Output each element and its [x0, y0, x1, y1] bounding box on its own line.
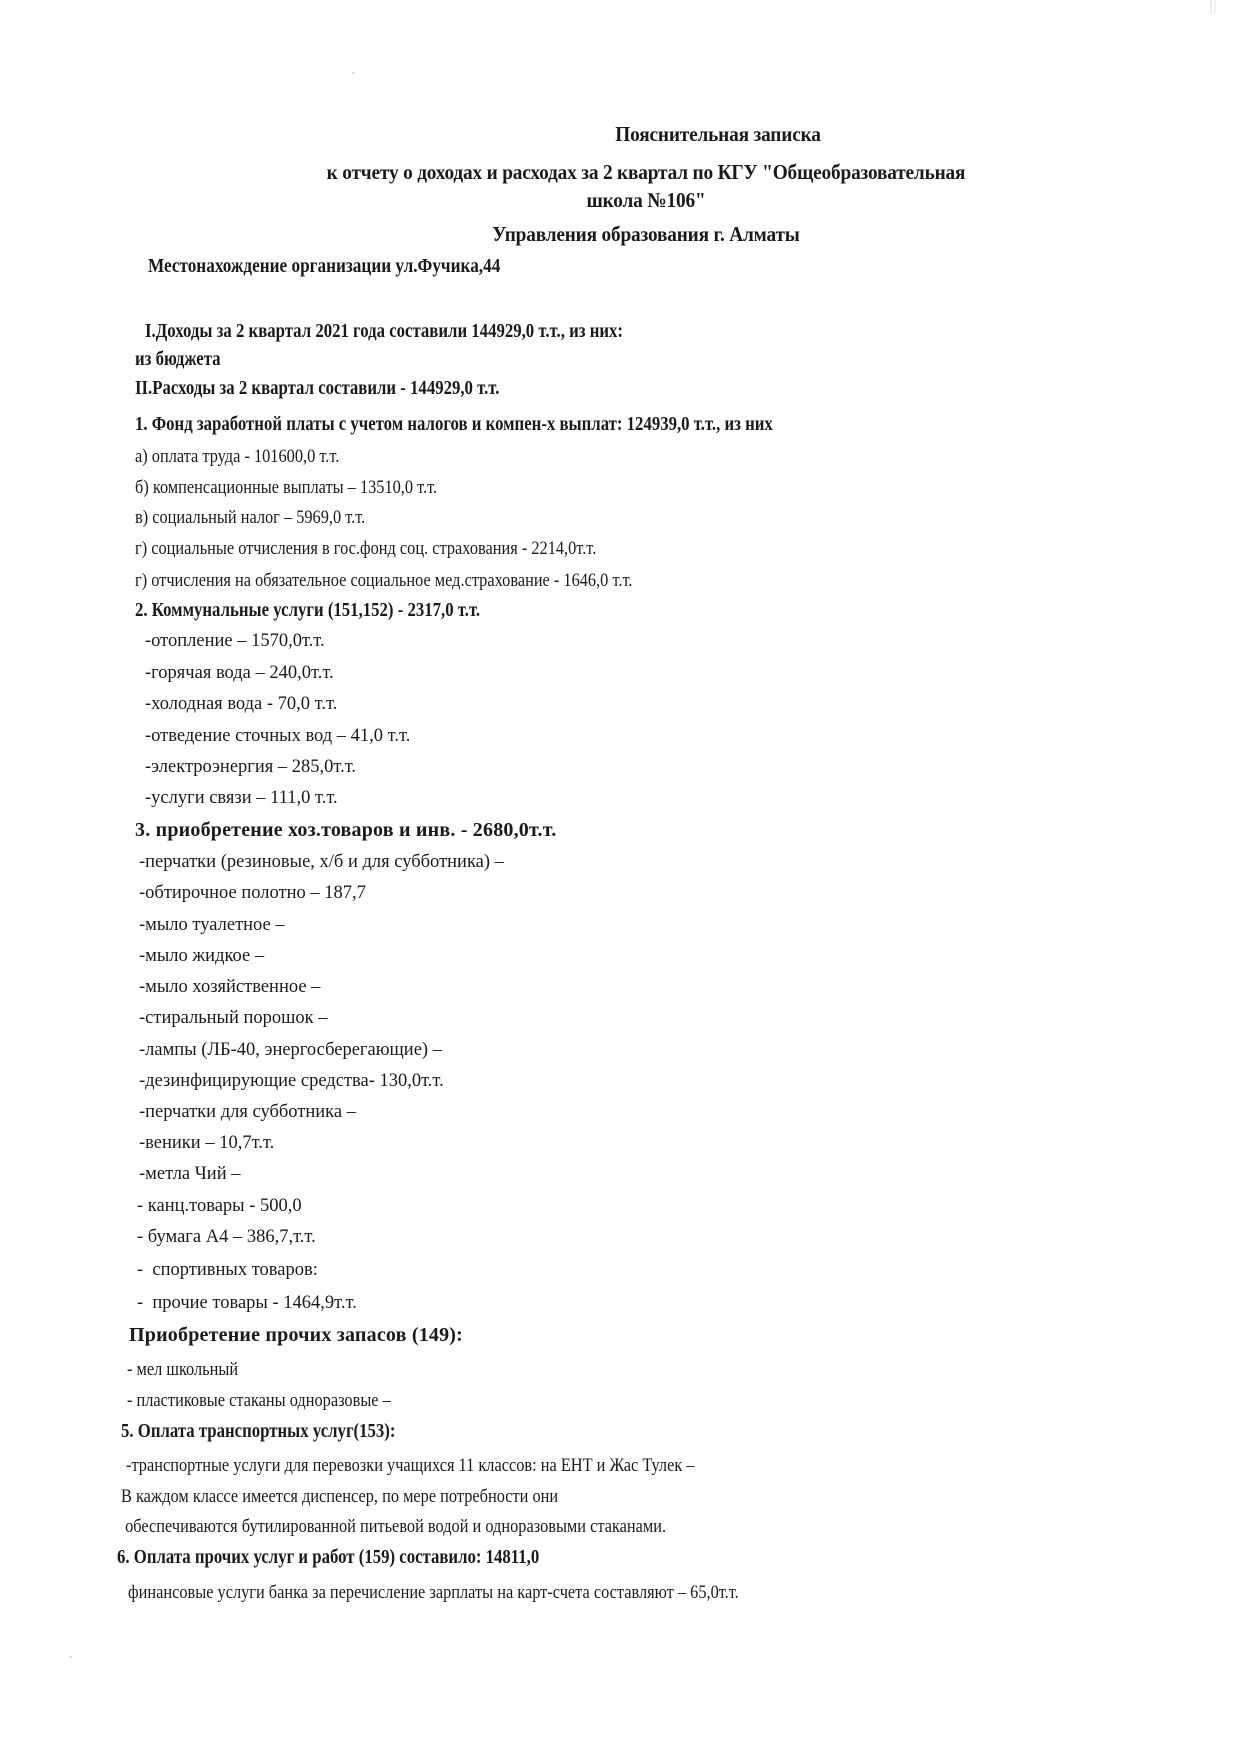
section2-item: -услуги связи – 111,0 т.т.: [145, 788, 338, 809]
section4-heading: Приобретение прочих запасов (149):: [129, 1324, 463, 1347]
income-source: из бюджета: [135, 349, 221, 371]
section3-item: -перчатки для субботника –: [139, 1102, 356, 1123]
document-subtitle-line1: к отчету о доходах и расходах за 2 кварт…: [76, 160, 1217, 185]
section6-item: финансовые услуги банка за перечисление …: [128, 1582, 739, 1604]
section3-item: - канц.товары - 500,0: [137, 1196, 302, 1217]
section3-item: - бумага А4 – 386,7,т.т.: [137, 1227, 316, 1248]
section5-item: В каждом классе имеется диспенсер, по ме…: [121, 1486, 558, 1508]
section5-item: -транспортные услуги для перевозки учащи…: [126, 1455, 695, 1477]
section2-item: -отопление – 1570,0т.т.: [145, 631, 325, 652]
section1-item: г) отчисления на обязательное социальное…: [135, 570, 632, 592]
section3-item: -мыло хозяйственное –: [139, 977, 320, 998]
section1-item: а) оплата труда - 101600,0 т.т.: [135, 446, 339, 468]
section5-heading: 5. Оплата транспортных услуг(153):: [121, 1421, 395, 1443]
section3-item: -мыло жидкое –: [139, 946, 264, 967]
section1-item: г) социальные отчисления в гос.фонд соц.…: [135, 538, 596, 560]
scan-speck: [352, 72, 354, 74]
section3-item: -метла Чий –: [139, 1164, 240, 1185]
section3-item: -стиральный порошок –: [139, 1008, 328, 1029]
section2-item: -горячая вода – 240,0т.т.: [145, 663, 334, 684]
section1-heading: 1. Фонд заработной платы с учетом налого…: [135, 414, 773, 436]
organization-location: Местонахождение организации ул.Фучика,44: [148, 255, 500, 278]
section3-item: - спортивных товаров:: [137, 1260, 318, 1281]
section3-item: -лампы (ЛБ-40, энергосберегающие) –: [139, 1040, 442, 1061]
section1-item: в) социальный налог – 5969,0 т.т.: [135, 507, 365, 529]
section3-item: -обтирочное полотно – 187,7: [139, 883, 366, 904]
section3-item: -мыло туалетное –: [139, 915, 285, 936]
section2-item: -отведение сточных вод – 41,0 т.т.: [145, 726, 410, 747]
section2-item: -холодная вода - 70,0 т.т.: [145, 694, 337, 715]
section5-item: обеспечиваются бутилированной питьевой в…: [121, 1516, 666, 1538]
section3-heading: 3. приобретение хоз.товаров и инв. - 268…: [135, 819, 556, 842]
expenses-heading: II.Расходы за 2 квартал составили - 1449…: [135, 378, 499, 400]
section1-item: б) компенсационные выплаты – 13510,0 т.т…: [135, 477, 437, 499]
document-title: Пояснительная записка: [148, 122, 1240, 147]
scan-artifact: [1210, 0, 1220, 14]
section4-item: - пластиковые стаканы одноразовые –: [127, 1390, 391, 1412]
scan-speck: [70, 1656, 72, 1658]
department-name: Управления образования г. Алматы: [76, 222, 1217, 247]
section3-item: - прочие товары - 1464,9т.т.: [137, 1293, 357, 1314]
income-heading: I.Доходы за 2 квартал 2021 года составил…: [145, 321, 623, 343]
section3-item: -дезинфицирующие средства- 130,0т.т.: [139, 1071, 444, 1092]
section6-heading: 6. Оплата прочих услуг и работ (159) сос…: [117, 1547, 539, 1569]
section2-heading: 2. Коммунальные услуги (151,152) - 2317,…: [135, 600, 480, 622]
section3-item: -перчатки (резиновые, х/б и для субботни…: [139, 852, 504, 873]
section3-item: -веники – 10,7т.т.: [139, 1133, 274, 1154]
section4-item: - мел школьный: [127, 1359, 238, 1381]
section2-item: -электроэнергия – 285,0т.т.: [145, 757, 356, 778]
document-page: Пояснительная записка к отчету о доходах…: [0, 0, 1240, 1755]
document-subtitle-line2: школа №106": [76, 188, 1217, 213]
